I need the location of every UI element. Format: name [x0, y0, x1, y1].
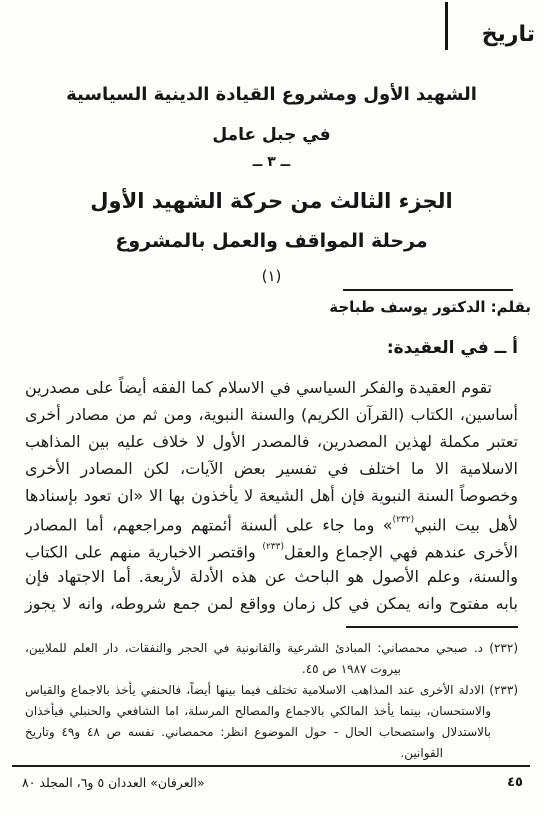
- footnote-line: (٢٣٢) د. صبحي محمصاني: المبادئ الشرعية و…: [25, 638, 518, 659]
- author-byline: بقلم: الدكتور يوسف طباجة: [329, 297, 531, 317]
- body-line: تقوم العقيدة والفكر السياسي في الاسلام ك…: [25, 374, 518, 401]
- article-main-title: الشهيد الأول ومشروع القيادة الدينية السي…: [25, 83, 518, 107]
- body-line: أساسين، الكتاب (القرآن الكريم) والسنة ال…: [25, 401, 518, 428]
- footnote-marker: (٢٣٢): [393, 515, 415, 525]
- byline-group: بقلم: الدكتور يوسف طباجة: [329, 289, 531, 317]
- footnote-line: (٢٣٣) الادلة الأخرى عند المذاهب الاسلامي…: [25, 680, 518, 701]
- footnote-line: والاستحسان، بينما يأخذ المالكي بالاجماع …: [25, 701, 518, 722]
- body-line: الأخرى عندهم فهي الإجماع والعقل(٢٣٣) واق…: [25, 536, 518, 563]
- part-number-dash: ــ ٣ ــ: [25, 154, 518, 170]
- body-line: وخصوصاً السنة النبوية فإن أهل الشيعة لا …: [25, 482, 518, 509]
- body-line: والسنة، وعلم الأصول هو الباحث عن هذه الأ…: [25, 563, 518, 590]
- footnotes-block: (٢٣٢) د. صبحي محمصاني: المبادئ الشرعية و…: [25, 638, 518, 764]
- article-body: تقوم العقيدة والفكر السياسي في الاسلام ك…: [25, 374, 518, 617]
- body-line: تعتبر مكملة لهذين المصدرين، فالمصدر الأو…: [25, 428, 518, 455]
- part-subtitle: مرحلة المواقف والعمل بالمشروع: [25, 229, 518, 254]
- footnote-line: بيروت ١٩٨٧ ص ٤٥.: [25, 659, 518, 680]
- footnote-separator-rule: [346, 626, 518, 628]
- journal-citation: «العرفان» العددان ٥ و٦، المجلد ٨٠: [12, 775, 205, 790]
- body-line: الاسلامية الا ما اختلف في تفسير بعض الآي…: [25, 455, 518, 482]
- page-number: ٤٥: [507, 775, 530, 790]
- kicker-divider-bar: [445, 2, 448, 50]
- kicker-label: تاريخ: [482, 20, 535, 50]
- byline-rule: [343, 289, 513, 291]
- body-line: لأهل بيت النبي(٢٣٢)» وما جاء على ألسنة أ…: [25, 509, 518, 536]
- article-subtitle-location: في جبل عامل: [25, 124, 518, 146]
- footnote-line: القوانين.: [25, 743, 518, 764]
- installment-number: (١): [25, 266, 518, 286]
- part-title: الجزء الثالث من حركة الشهيد الأول: [25, 188, 518, 214]
- footnote-line: بالاستدلال واستصحاب الحال - حول الموضوع …: [25, 722, 518, 743]
- section-kicker: تاريخ: [445, 2, 535, 50]
- footnote-marker: (٢٣٣): [262, 542, 284, 552]
- body-line: بابه مفتوح وانه يمكن في كل زمان وواقع لم…: [25, 590, 518, 617]
- section-heading: أ ــ في العقيدة:: [25, 336, 518, 360]
- page-footer: ٤٥ «العرفان» العددان ٥ و٦، المجلد ٨٠: [12, 765, 530, 790]
- journal-page: تاريخ الشهيد الأول ومشروع القيادة الديني…: [0, 0, 543, 817]
